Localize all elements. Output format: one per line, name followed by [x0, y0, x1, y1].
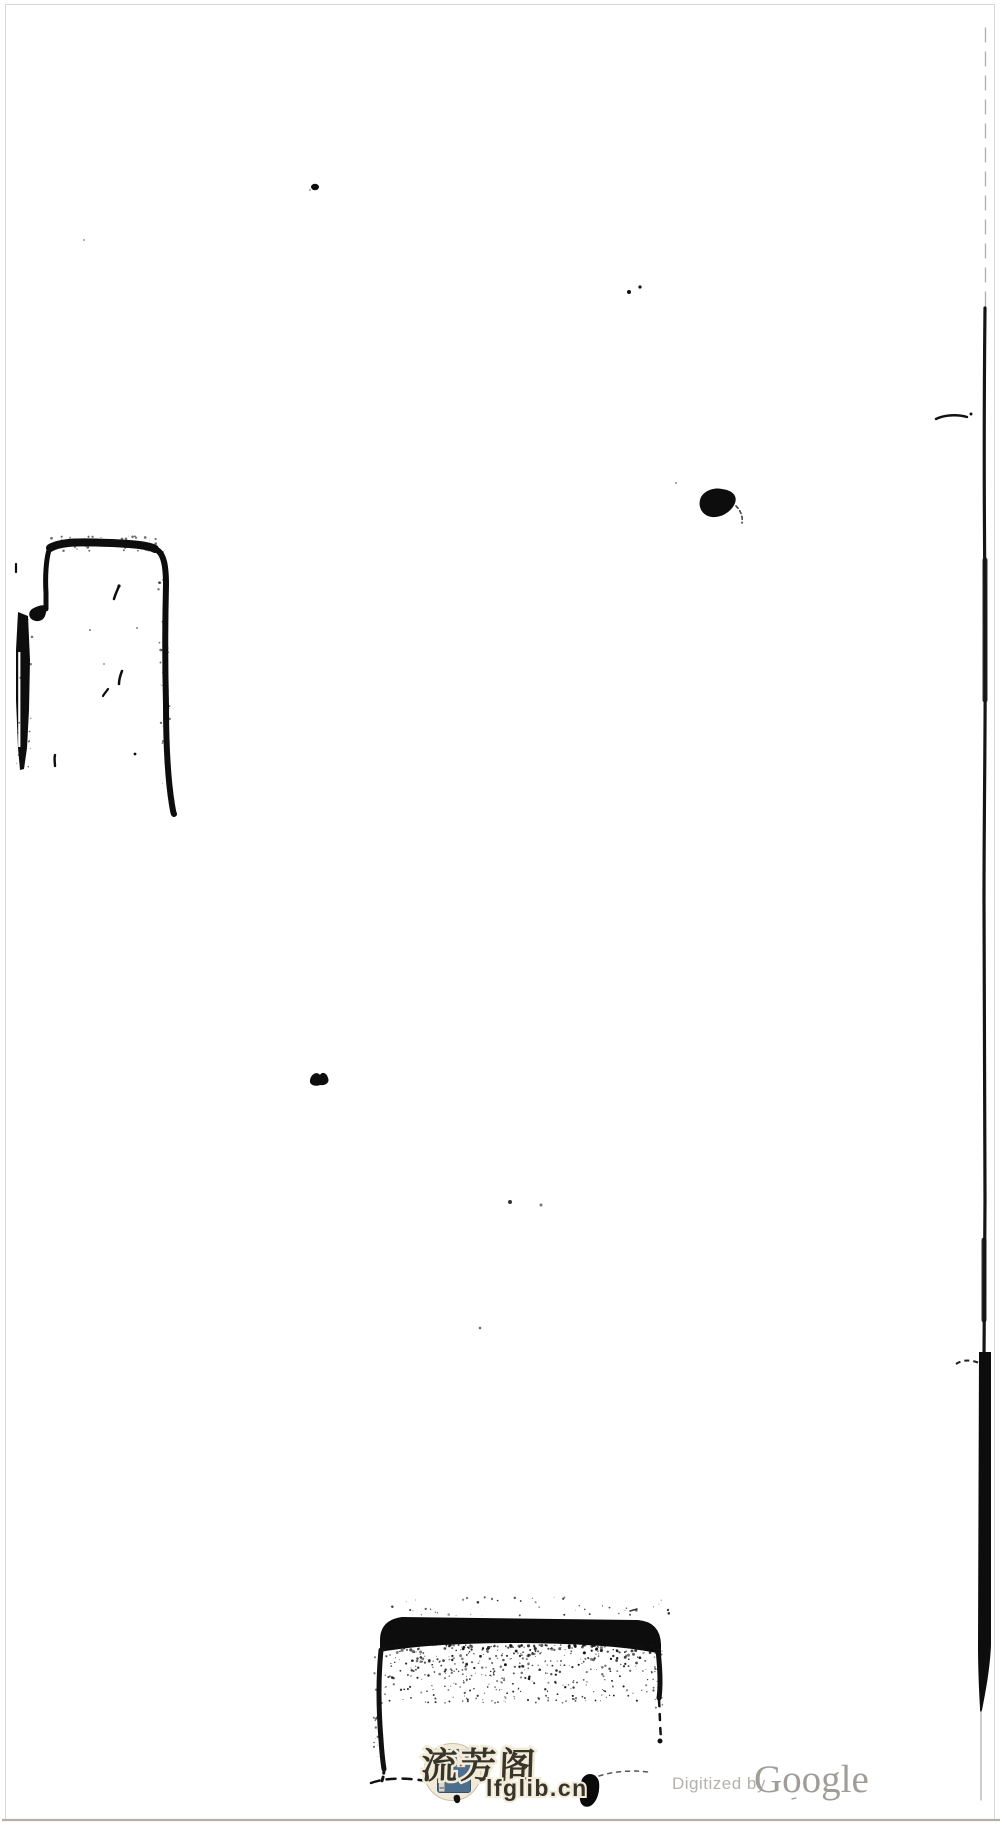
ink-dash-right-lower — [956, 1361, 979, 1365]
ink-speck-below-logo — [454, 1795, 461, 1803]
ink-stamp-bottom-center — [16, 535, 670, 1783]
digitized-footer: Digitized by Google — [672, 1758, 869, 1801]
watermark-domain: lfglib.cn — [486, 1775, 588, 1801]
ink-smudge — [310, 1073, 329, 1086]
ink-dash-right-upper — [936, 413, 973, 420]
ink-comma-blob — [580, 1771, 648, 1807]
scan-artifacts-layer: 流芳阁 lfglib.cn Digitized by Google — [0, 0, 1002, 1829]
google-logo: Google — [754, 1758, 869, 1801]
ink-stamp-outline-upper-left — [16, 542, 174, 814]
page-border — [6, 5, 995, 1820]
digitized-by-label: Digitized by — [672, 1774, 766, 1793]
lfglib-watermark: 流芳阁 lfglib.cn — [421, 1744, 588, 1804]
scan-edge-line — [978, 28, 991, 1800]
scattered-ink-dots — [83, 184, 796, 1799]
ink-blob-right — [700, 489, 743, 523]
scanned-page: 流芳阁 lfglib.cn Digitized by Google — [0, 0, 1002, 1829]
